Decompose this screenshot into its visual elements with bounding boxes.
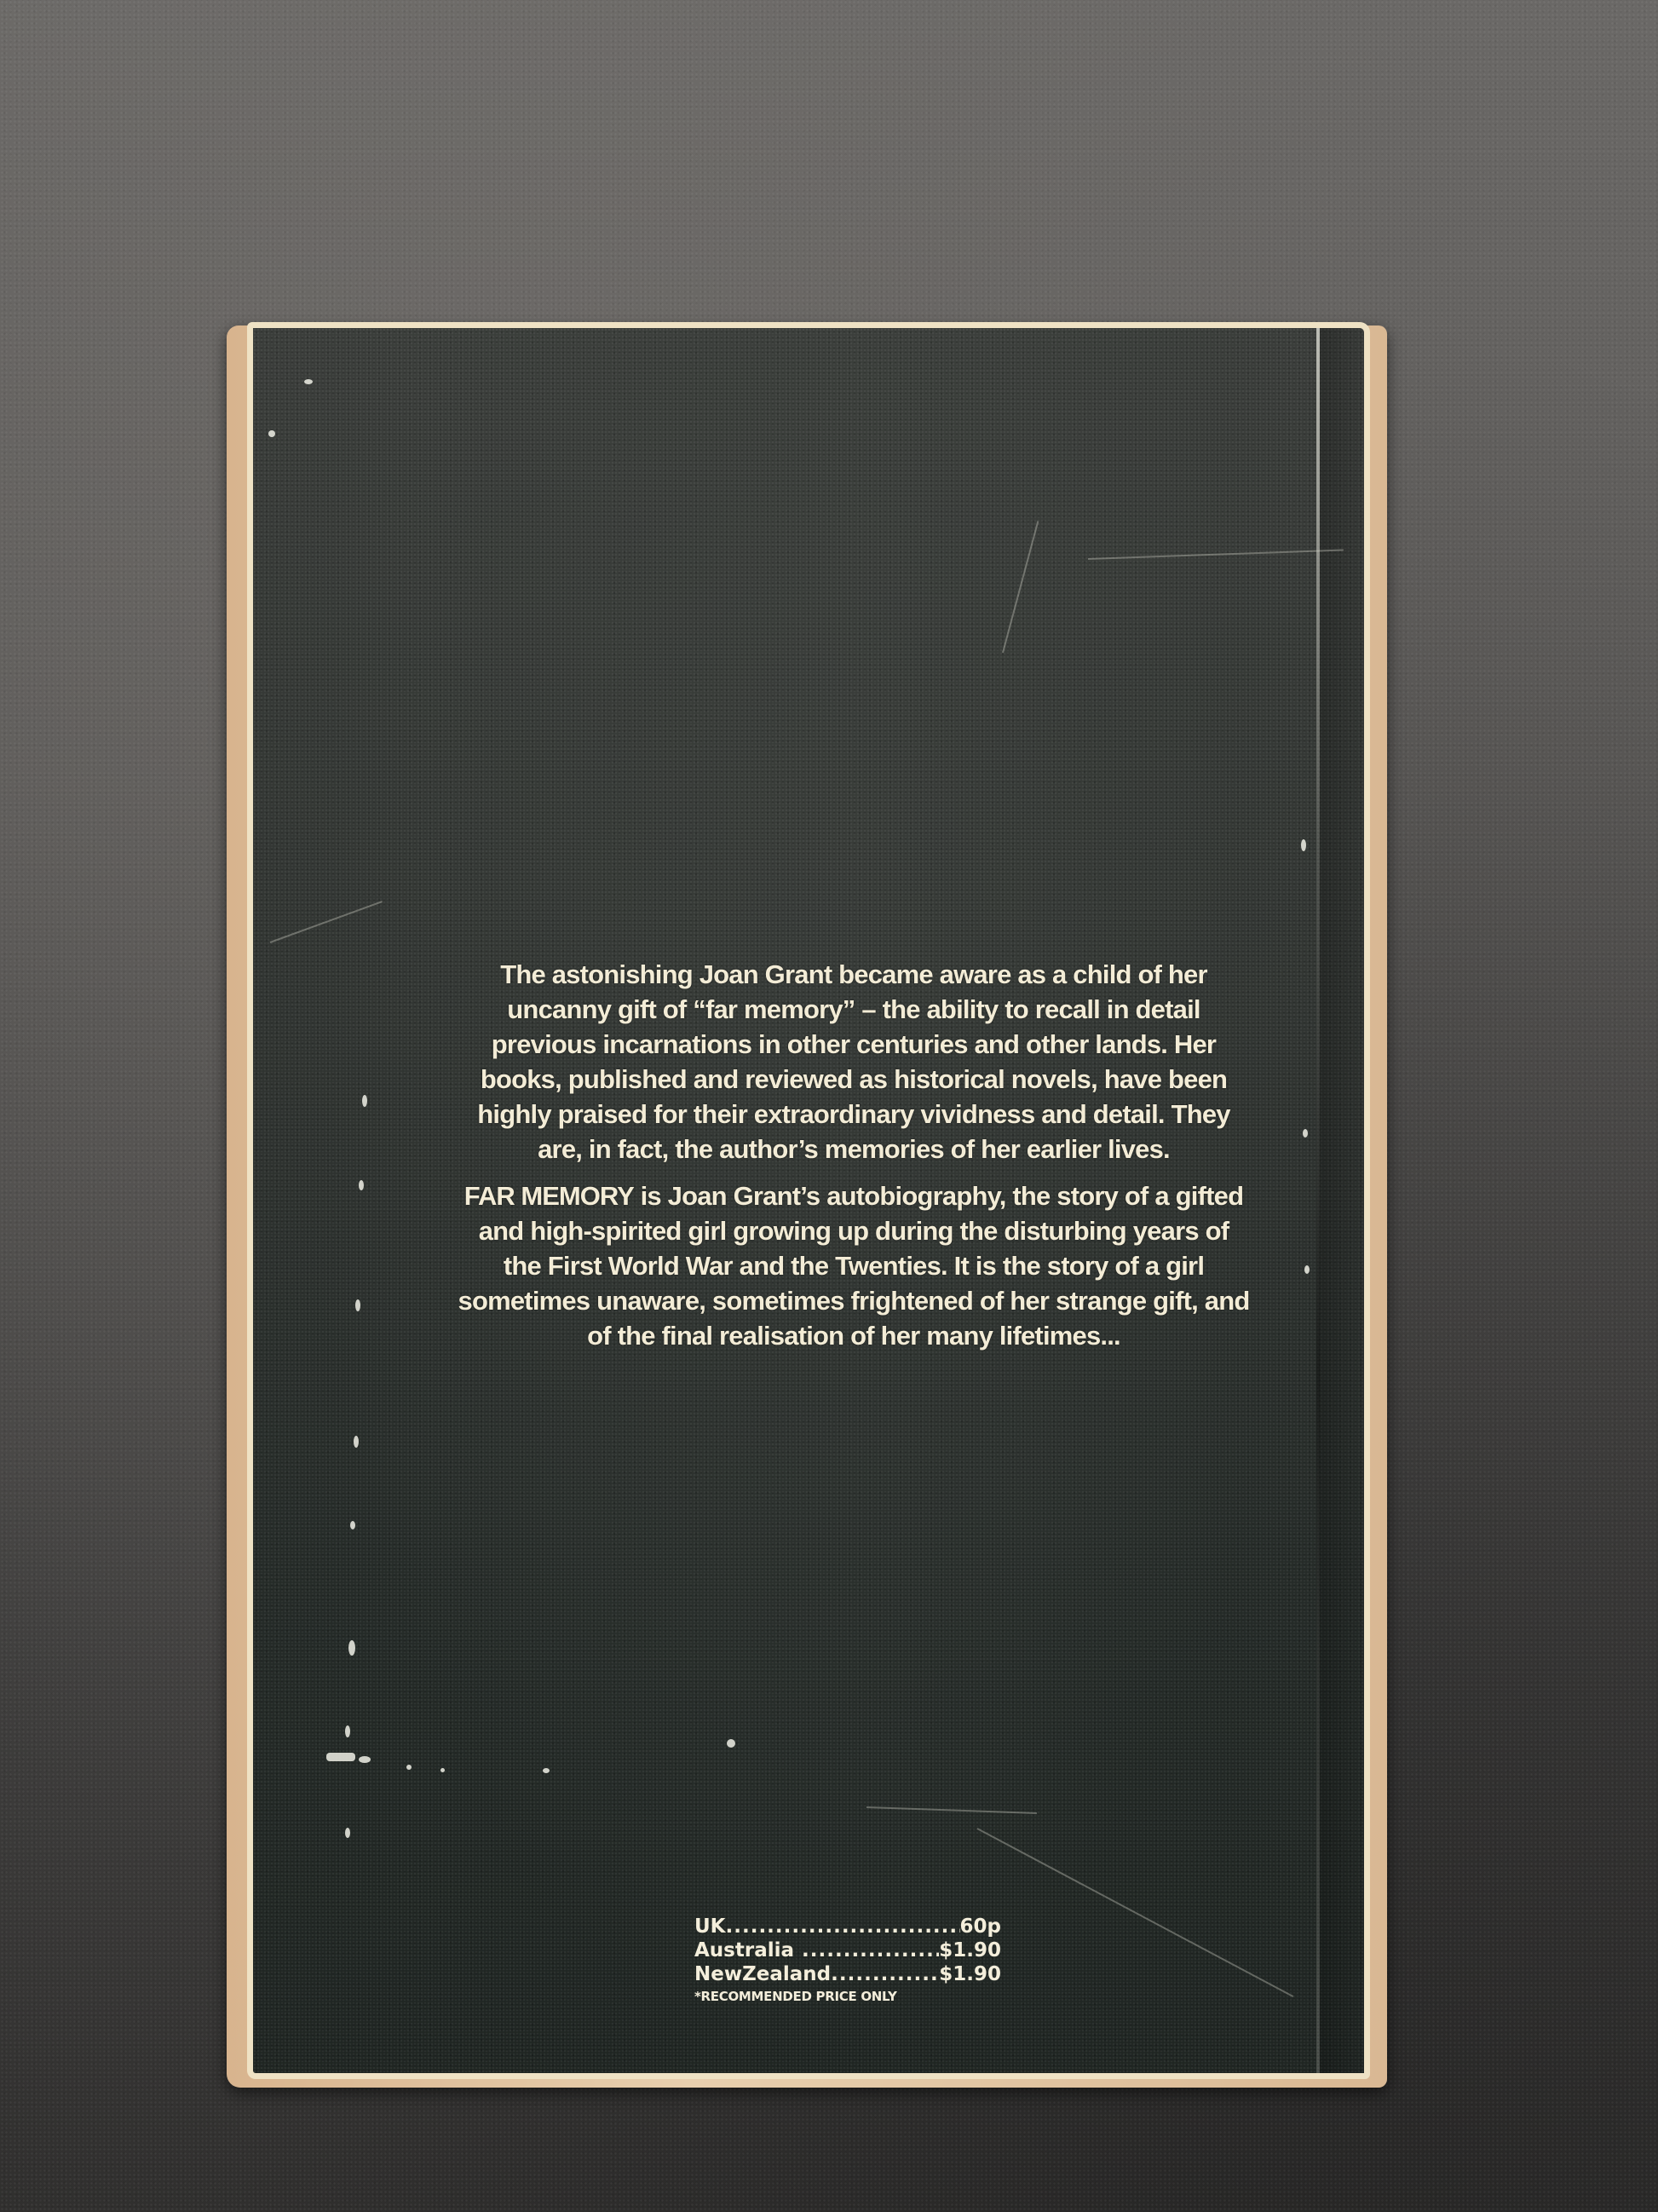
- price-row-uk: UK .....................................…: [694, 1915, 1001, 1938]
- price-row-australia: Australia ..............................…: [694, 1938, 1001, 1962]
- leader-dots: ........................................…: [831, 1962, 939, 1986]
- wear-mark: [326, 1753, 355, 1761]
- price-row-new-zealand: NewZealand .............................…: [694, 1962, 1001, 1986]
- wear-mark: [440, 1768, 445, 1772]
- wear-mark: [345, 1828, 350, 1838]
- leader-dots: ........................................…: [726, 1915, 960, 1938]
- wear-mark: [304, 379, 313, 384]
- wear-mark: [543, 1768, 550, 1773]
- blurb-paragraph-1: The astonishing Joan Grant became aware …: [458, 957, 1250, 1166]
- back-cover: The astonishing Joan Grant became aware …: [247, 322, 1370, 2079]
- book-title-inline: FAR MEMORY: [464, 1181, 634, 1211]
- price-country: Australia: [694, 1938, 794, 1962]
- price-amount: $1.90: [939, 1938, 1001, 1962]
- price-amount: 60p: [960, 1915, 1001, 1938]
- price-country: UK: [694, 1915, 726, 1938]
- paperback-book: The astonishing Joan Grant became aware …: [227, 322, 1385, 2094]
- blurb-text: The astonishing Joan Grant became aware …: [458, 957, 1250, 1365]
- wear-mark: [406, 1765, 412, 1770]
- blurb-paragraph-2: FAR MEMORY is Joan Grant’s autobiography…: [458, 1178, 1250, 1353]
- spine-crease: [1316, 328, 1320, 2073]
- price-amount: $1.90: [939, 1962, 1001, 1986]
- wear-mark: [354, 1436, 359, 1448]
- price-disclaimer: *RECOMMENDED PRICE ONLY: [694, 1988, 1001, 2005]
- wear-mark: [348, 1640, 355, 1656]
- wear-mark: [1304, 1265, 1310, 1274]
- wear-mark: [727, 1739, 735, 1748]
- wear-mark: [359, 1180, 364, 1190]
- leader-dots: ........................................…: [794, 1938, 939, 1962]
- wear-mark: [362, 1095, 367, 1107]
- wear-mark: [268, 430, 275, 437]
- wear-mark: [1301, 839, 1306, 851]
- wear-mark: [345, 1725, 350, 1737]
- price-country: NewZealand: [694, 1962, 831, 1986]
- wear-mark: [355, 1299, 360, 1311]
- price-list: UK .....................................…: [694, 1915, 1001, 2005]
- wear-mark: [359, 1756, 371, 1763]
- wear-mark: [350, 1521, 355, 1529]
- wear-mark: [1303, 1129, 1308, 1138]
- spine-shadow: [1320, 328, 1364, 2073]
